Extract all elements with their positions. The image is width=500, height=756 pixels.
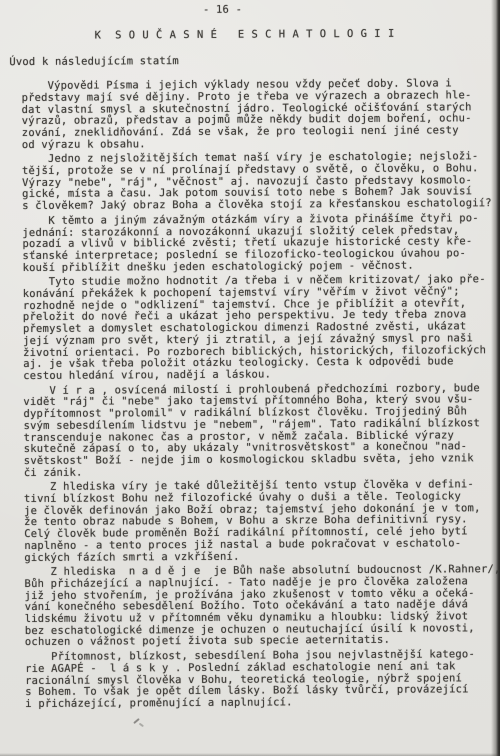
scanned-page: - 16 - K S O U Č A S N É E S C H A T O L… bbox=[0, 0, 500, 756]
paragraph: K těmto a jiným závažným otázkám víry a … bbox=[22, 213, 485, 274]
page-title: K S O U Č A S N É E S C H A T O L O G I … bbox=[13, 28, 476, 43]
paragraph: Přítomnost, blízkost, sebesdílení Boha j… bbox=[25, 649, 488, 710]
paragraph: Tyto studie možno hodnotit /a třeba i v … bbox=[23, 275, 487, 383]
paragraph: Z hlediska n a d ě j e je Bůh naše absol… bbox=[24, 564, 487, 649]
ink-smudge bbox=[139, 723, 144, 727]
page-content: - 16 - K S O U Č A S N É E S C H A T O L… bbox=[21, 3, 488, 713]
paragraph: V í r a , osvícená milostí i prohloubená… bbox=[23, 383, 487, 479]
scan-edge-shadow bbox=[491, 0, 500, 756]
section-subheading: Úvod k následujícím statím bbox=[9, 55, 472, 70]
page-number: - 16 - bbox=[0, 3, 454, 18]
paragraph: Výpovědi Písma i jejich výklady nesou vž… bbox=[21, 78, 484, 151]
paragraph: Jedno z nejsložitějších temat naší víry … bbox=[22, 151, 485, 212]
paragraph: Z hlediska víry je také důležitější tent… bbox=[24, 479, 487, 564]
ink-smudge bbox=[133, 718, 140, 724]
